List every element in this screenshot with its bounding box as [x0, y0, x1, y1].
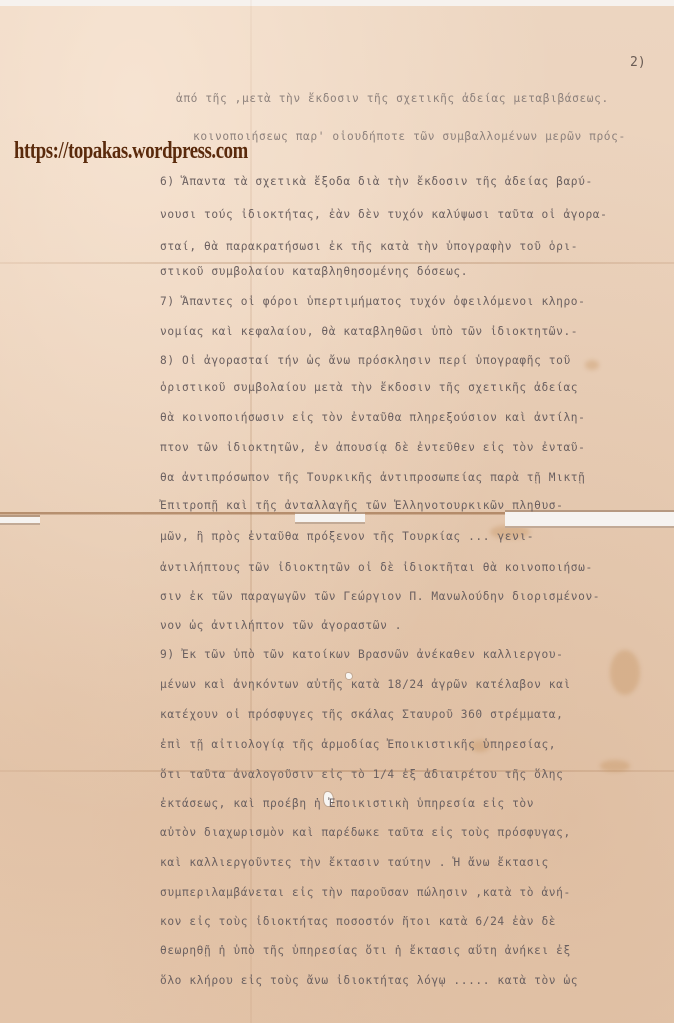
text-line: μῶν, ἢ πρὸς ἐνταῦθα πρόξενον τῆς Τουρκία…: [160, 530, 534, 543]
paper-tear-gap: [505, 510, 674, 528]
typewritten-document-page: 2) ἀπό τῆς ,μετὰ τὴν ἔκδοσιν τῆς σχετικῆ…: [0, 0, 674, 1023]
text-line: καὶ καλλιεργοῦντες τὴν ἔκτασιν ταύτην . …: [160, 856, 549, 869]
text-line: νομίας καὶ κεφαλαίου, θὰ καταβληθῶσι ὑπὸ…: [160, 325, 578, 338]
text-line: ὁριστικοῦ συμβολαίου μετὰ τὴν ἔκδοσιν τῆ…: [160, 381, 578, 394]
text-line: 8) Οἱ ἀγορασταί τήν ὡς ἄνω πρόσκλησιν πε…: [160, 354, 571, 367]
text-line: 6) Ἅπαντα τὰ σχετικὰ ἔξοδα διὰ τὴν ἔκδοσ…: [160, 175, 593, 188]
text-line: συμπεριλαμβάνεται εἰς τὴν παροῦσαν πώλησ…: [160, 886, 571, 899]
text-line: στικοῦ συμβολαίου καταβληθησομένης δόσεω…: [160, 265, 468, 278]
text-line: ἐκτάσεως, καὶ προέβη ἡ Ἐποικιστικὴ ὑπηρε…: [160, 797, 534, 810]
text-line: μένων καὶ ἀνηκόντων αὐτῆς κατὰ 18/24 ἀγρ…: [160, 678, 571, 691]
fold-line: [0, 262, 674, 264]
text-line: ὅτι ταῦτα ἀναλογοῦσιν εἰς τὸ 1/4 ἐξ ἀδια…: [160, 768, 563, 781]
paper-tear-gap: [295, 512, 365, 524]
text-line: 7) Ἅπαντες οἱ φόροι ὑπερτιμήματος τυχόν …: [160, 295, 585, 308]
stain: [585, 360, 599, 370]
paper-top-edge: [0, 0, 674, 6]
text-line: κον εἰς τοὺς ἰδιοκτήτας ποσοστόν ἤτοι κα…: [160, 915, 556, 928]
text-line: Ἐπιτροπῇ καὶ τῆς ἀνταλλαγῆς τῶν Ἑλληνοτο…: [160, 499, 563, 512]
text-line: ἐπὶ τῇ αἰτιολογίᾳ τῆς ἁρμοδίας Ἐποικιστι…: [160, 738, 556, 751]
paper-tear-gap: [0, 515, 40, 525]
website-watermark: https://topakas.wordpress.com: [14, 138, 248, 165]
text-line: θὰ κοινοποιήσωσιν εἰς τὸν ἐνταῦθα πληρεξ…: [160, 411, 585, 424]
text-line: ἀντιλήπτους τῶν ἰδιοκτητῶν οἱ δὲ ἰδιοκτῆ…: [160, 561, 593, 574]
text-line: σταί, θὰ παρακρατήσωσι ἐκ τῆς κατὰ τὴν ὑ…: [160, 240, 578, 253]
text-line: νουσι τούς ἰδιοκτήτας, ἐὰν δὲν τυχόν καλ…: [160, 208, 607, 221]
text-line: 9) Ἐκ τῶν ὑπὸ τῶν κατοίκων Βρασνῶν ἀνέκα…: [160, 648, 563, 661]
text-line: πτον τῶν ἰδιοκτητῶν, ἐν ἀπουσίᾳ δὲ ἐντεῦ…: [160, 441, 585, 454]
text-line: σιν ἐκ τῶν παραγωγῶν τῶν Γεώργιον Π. Μαν…: [160, 590, 600, 603]
text-line: νον ὡς ἀντιλήπτον τῶν ἀγοραστῶν .: [160, 619, 402, 632]
text-line: θεωρηθῇ ἡ ὑπὸ τῆς ὑπηρεσίας ὅτι ἡ ἔκτασι…: [160, 944, 571, 957]
text-line: θα ἀντιπρόσωπον τῆς Τουρκικῆς ἀντιπροσωπ…: [160, 471, 585, 484]
stain: [600, 760, 630, 772]
page-number: 2): [630, 55, 646, 70]
text-line: αὐτὸν διαχωρισμὸν καὶ παρέδωκε ταῦτα εἰς…: [160, 826, 571, 839]
text-line: κατέχουν οἱ πρόσφυγες τῆς σκάλας Σταυροῦ…: [160, 708, 563, 721]
text-line: ὅλο κλήρου εἰς τοὺς ἄνω ἰδιοκτήτας λόγῳ …: [160, 974, 578, 987]
text-line: κοινοποιήσεως παρ' οἱουδήποτε τῶν συμβαλ…: [193, 130, 626, 143]
text-line: ἀπό τῆς ,μετὰ τὴν ἔκδοσιν τῆς σχετικῆς ἀ…: [176, 92, 609, 105]
stain: [610, 650, 640, 695]
